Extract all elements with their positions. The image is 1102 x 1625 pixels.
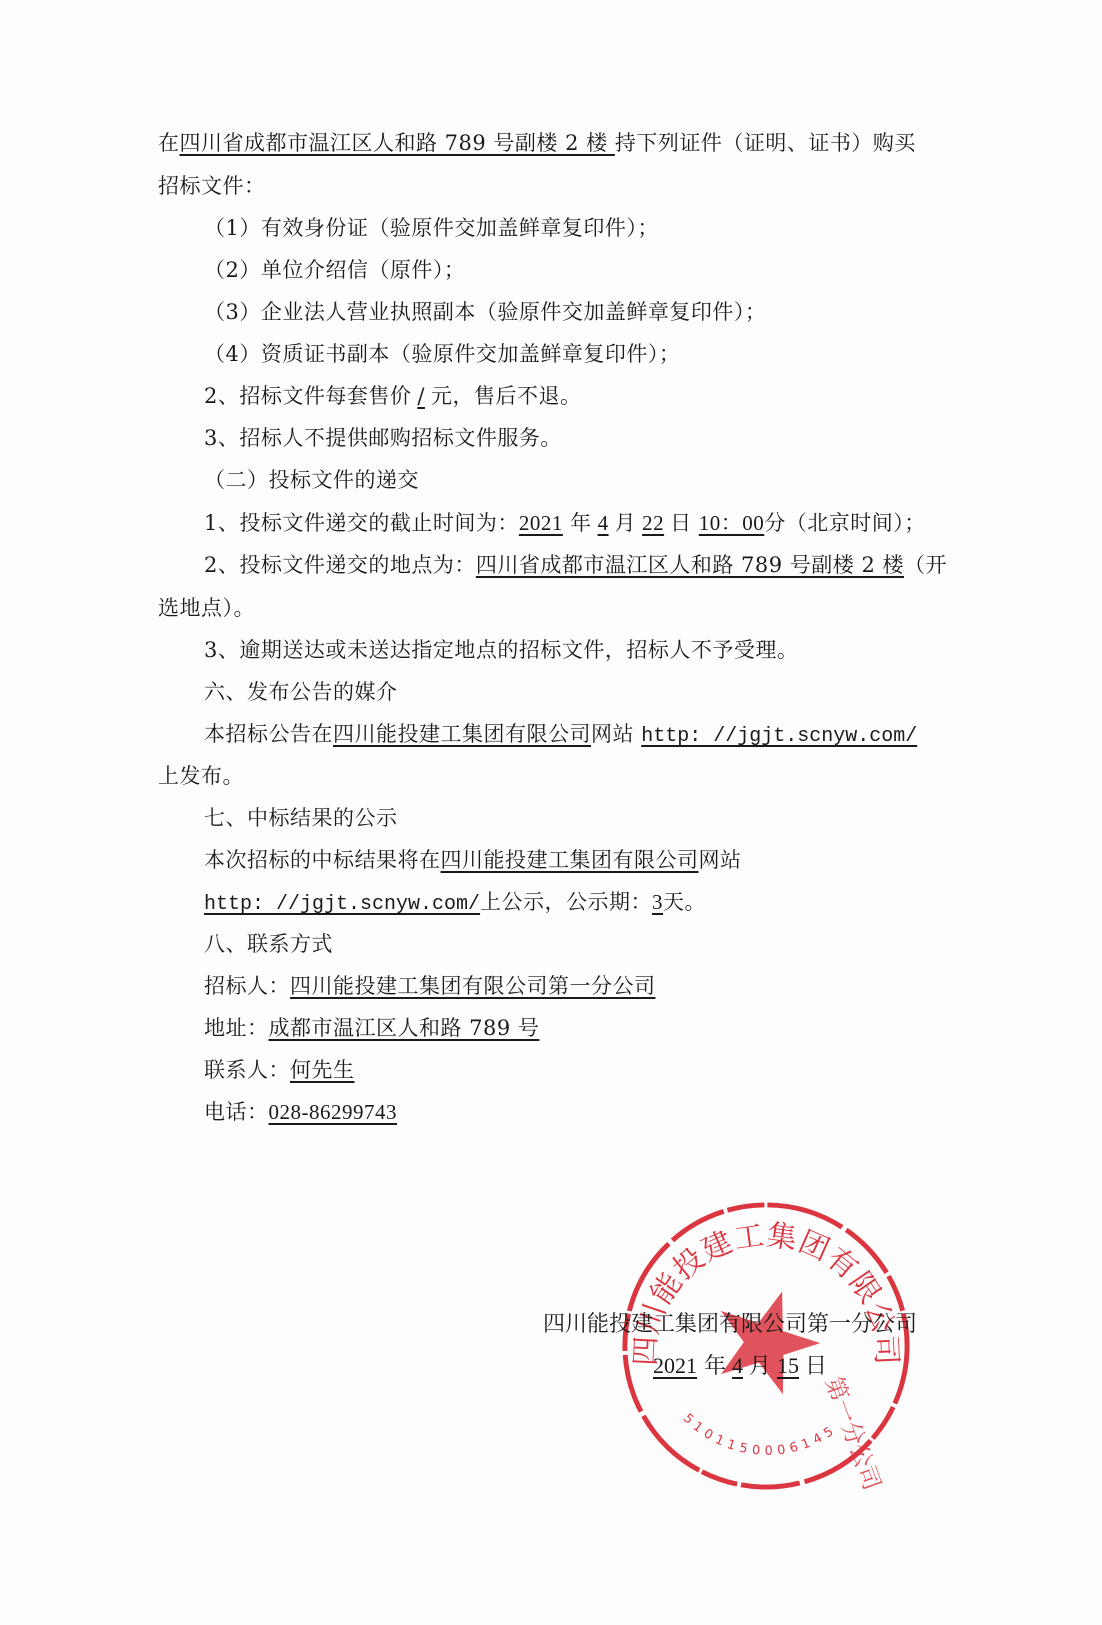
location-continuation: 选地点）。 [158, 594, 255, 622]
official-seal: 四川能投建工集团有限公司 5101150006145 第一分公司 [618, 1198, 914, 1494]
address-value: 成都市温江区人和路 789 号 [269, 1016, 540, 1040]
signature-month: 4 [726, 1352, 749, 1380]
section6-company: 四川能投建工集团有限公司 [333, 722, 591, 746]
section6-continuation: 上发布。 [158, 762, 244, 790]
section7-company: 四川能投建工集团有限公司 [441, 848, 699, 872]
phone-number: 028-86299743 [269, 1100, 398, 1124]
phone-line: 电话：028-86299743 [204, 1098, 397, 1126]
required-doc-3: （3）企业法人营业执照副本（验原件交加盖鲜章复印件）； [204, 298, 766, 326]
submission-heading: （二）投标文件的递交 [204, 466, 419, 494]
signature-date: 2021 年4月15日 [653, 1352, 827, 1381]
deadline-time: 10：00 [699, 511, 765, 535]
seal-graphic: 四川能投建工集团有限公司 5101150006145 第一分公司 [618, 1198, 914, 1494]
no-mail-line: 3、招标人不提供邮购招标文件服务。 [204, 424, 562, 452]
deadline-year: 2021 [519, 511, 563, 535]
signature-day: 15 [771, 1352, 805, 1380]
required-doc-4: （4）资质证书副本（验原件交加盖鲜章复印件）； [204, 340, 680, 368]
address-line: 地址：成都市温江区人和路 789 号 [204, 1014, 539, 1042]
section7-url-line: http: //jgjt.scnyw.com/上公示，公示期：3天。 [204, 888, 706, 919]
section6-url-link[interactable]: http: //jgjt.scnyw.com/ [641, 725, 917, 748]
tenderer-name: 四川能投建工集团有限公司第一分公司 [290, 974, 656, 998]
purchase-location: 四川省成都市温江区人和路 789 号副楼 2 楼 [180, 131, 615, 155]
contact-line: 联系人：何先生 [204, 1056, 355, 1084]
late-line: 3、逾期送达或未送达指定地点的招标文件，招标人不予受理。 [204, 636, 798, 664]
document-page: 在四川省成都市温江区人和路 789 号副楼 2 楼 持下列证件（证明、证书）购买… [0, 0, 1102, 1625]
signature-company: 四川能投建工集团有限公司第一分公司 [543, 1311, 917, 1339]
purchase-line-1: 在四川省成都市温江区人和路 789 号副楼 2 楼 持下列证件（证明、证书）购买 [158, 129, 916, 157]
signature-year: 2021 [653, 1353, 697, 1378]
section7-url-link[interactable]: http: //jgjt.scnyw.com/ [204, 893, 480, 916]
tenderer-line: 招标人：四川能投建工集团有限公司第一分公司 [204, 972, 656, 1000]
location-line: 2、投标文件递交的地点为：四川省成都市温江区人和路 789 号副楼 2 楼（开 [204, 551, 947, 579]
contact-name: 何先生 [290, 1058, 355, 1082]
deadline-line: 1、投标文件递交的截止时间为：2021 年4月22日 10：00分（北京时间）； [204, 509, 926, 537]
submission-location: 四川省成都市温江区人和路 789 号副楼 2 楼 [476, 553, 904, 577]
required-doc-2: （2）单位介绍信（原件）； [204, 256, 465, 284]
section8-heading: 八、联系方式 [204, 930, 333, 958]
deadline-day: 22 [636, 509, 670, 537]
price-line: 2、招标文件每套售价/元，售后不退。 [204, 382, 581, 410]
section7-body: 本次招标的中标结果将在四川能投建工集团有限公司网站 [204, 846, 742, 874]
section6-body: 本招标公告在四川能投建工集团有限公司网站 http: //jgjt.scnyw.… [204, 720, 917, 751]
section7-heading: 七、中标结果的公示 [204, 804, 398, 832]
section6-heading: 六、发布公告的媒介 [204, 678, 398, 706]
svg-text:5101150006145: 5101150006145 [680, 1411, 840, 1459]
purchase-line-2: 招标文件： [158, 172, 266, 200]
price-value: / [411, 382, 431, 410]
required-doc-1: （1）有效身份证（验原件交加盖鲜章复印件）； [204, 214, 659, 242]
deadline-month: 4 [592, 509, 615, 537]
publicity-days: 3 [652, 890, 663, 914]
